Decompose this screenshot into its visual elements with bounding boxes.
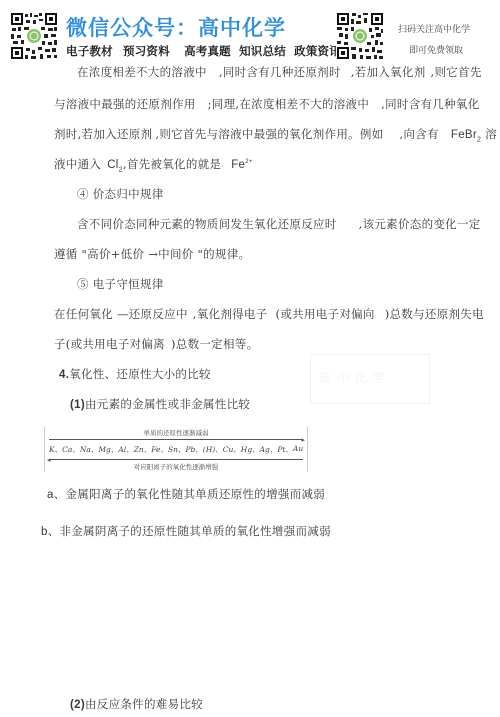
formula-fe2plus: Fe2+ xyxy=(231,159,252,171)
qr-code-icon xyxy=(10,12,58,60)
rule5-line2: 子(或共用电子对偏离)总数一定相等。 xyxy=(54,336,258,352)
point-a: a、金属阳离子的氧化性随其单质还原性的增强而减弱 xyxy=(47,486,325,502)
rule5-line1: 在任何氧化 —还原反应中,氧化剂得电子(或共用电子对偏向)总数与还原剂失电 xyxy=(54,306,484,322)
formula-cl2: Cl2 xyxy=(107,159,123,171)
rule4-line2: 遵循 "高价+低价 →中间价 "的规律。 xyxy=(54,246,250,262)
para1-line4: 液中通入Cl2,首先被氧化的就是Fe2+ xyxy=(54,156,253,173)
rule5-heading: ⑤ 电子守恒规律 xyxy=(77,276,164,292)
figure-top-label: 单质的还原性逐渐减弱 xyxy=(45,428,307,437)
activity-series-figure: 单质的还原性逐渐减弱 ▸ K、Ca、Na、Mg、Al、Zn、Fe、Sn、Pb、(… xyxy=(44,427,308,472)
para1-line1: 在浓度相差不大的溶液中,同时含有几种还原剂时,若加入氧化剂,则它首先 xyxy=(77,64,482,80)
scan-prompt-line2: 即可免费领取 xyxy=(409,43,463,56)
metal-series: K、Ca、Na、Mg、Al、Zn、Fe、Sn、Pb、(H)、Cu、Hg、Ag、P… xyxy=(49,444,303,455)
brand-title: 微信公众号：高中化学 xyxy=(66,12,286,42)
right-arrow-line xyxy=(49,439,303,440)
subsection2-heading: (2)由反应条件的难易比较 xyxy=(70,696,203,712)
qr-code-icon xyxy=(336,12,384,60)
left-arrow-line xyxy=(49,459,303,460)
subsection1-heading: (1)由元素的金属性或非金属性比较 xyxy=(70,396,250,412)
para1-line3: 剂时,若加入还原剂,则它首先与溶液中最强的氧化剂作用。例如,向含有FeBr2溶 xyxy=(54,126,497,143)
subtitle-item: 知识总结 xyxy=(239,44,286,58)
qr-code-left xyxy=(10,12,58,60)
faint-watermark-text: 高中化学 xyxy=(319,369,391,386)
subtitle-item: 预习资料 xyxy=(123,44,170,58)
qr-code-right xyxy=(336,12,384,60)
subtitle-item: 电子教材 xyxy=(66,44,113,58)
point-b: b、非金属阴离子的还原性随其单质的氧化性增强而减弱 xyxy=(41,523,331,539)
scan-prompt-line1: 扫码关注高中化学 xyxy=(398,22,470,35)
rule4-line1: 含不同价态同种元素的物质间发生氧化还原反应时,该元素价态的变化一定 xyxy=(77,216,481,232)
para1-line2: 与溶液中最强的还原剂作用;同理,在浓度相差不大的溶液中,同时含有几种氧化 xyxy=(54,96,480,112)
section4-heading: 4.氧化性、还原性大小的比较 xyxy=(59,366,211,382)
rule4-heading: ④ 价态归中规律 xyxy=(77,186,164,202)
formula-febr2: FeBr2 xyxy=(451,129,481,141)
brand-subtitle: 电子教材 预习资料 高考真题 知识总结 政策资讯 xyxy=(66,43,347,59)
faint-watermark-box: 高中化学 xyxy=(310,354,430,404)
subtitle-item: 高考真题 xyxy=(184,44,231,58)
arrow-right-icon: ▸ xyxy=(301,436,305,444)
figure-bottom-label: 对应阳离子的氧化性逐渐增强 xyxy=(45,462,307,471)
subtitle-item: 政策资讯 xyxy=(294,44,341,58)
